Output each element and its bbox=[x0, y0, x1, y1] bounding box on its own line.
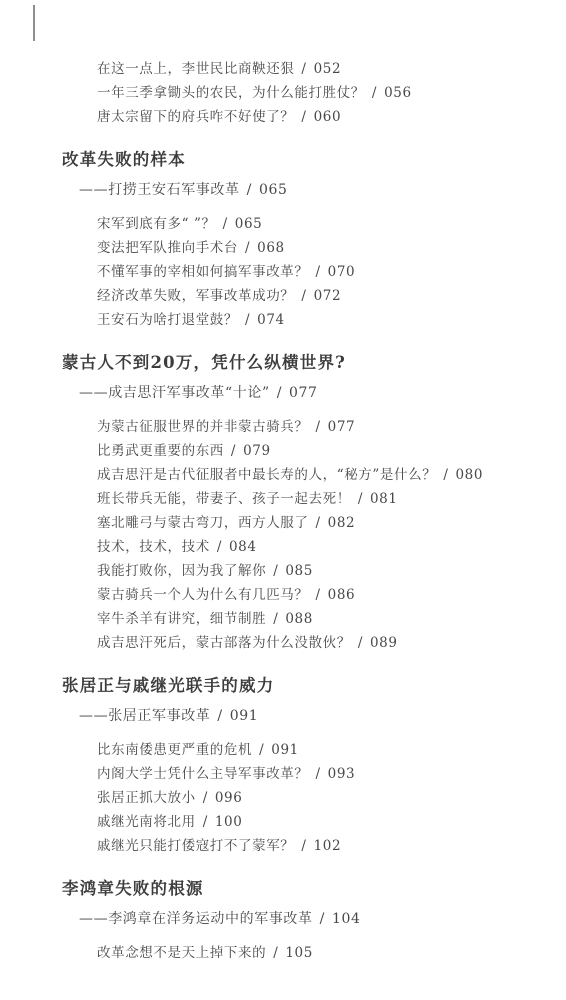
entry-separator: / bbox=[320, 911, 325, 927]
entry-page-number: 080 bbox=[455, 467, 483, 483]
entry-page-number: 082 bbox=[328, 515, 356, 531]
entry-separator: / bbox=[443, 467, 448, 483]
toc-entry: 在这一点上，李世民比商鞅还狠/052 bbox=[0, 57, 566, 81]
entry-page-number: 086 bbox=[328, 587, 356, 603]
section-entries: 改革念想不是天上掉下来的/105 bbox=[0, 941, 566, 965]
entry-separator: / bbox=[316, 587, 321, 603]
entry-title: 蒙古骑兵一个人为什么有几匹马？ bbox=[97, 587, 309, 603]
entry-separator: / bbox=[245, 240, 250, 256]
entry-page-number: 085 bbox=[285, 563, 313, 579]
section-entries: 比东南倭患更严重的危机/091内阁大学士凭什么主导军事改革？/093张居正抓大放… bbox=[0, 738, 566, 858]
entry-title: 成吉思汗是古代征服者中最长寿的人，“秘方”是什么？ bbox=[97, 467, 436, 483]
section-subtitle: ——张居正军事改革/091 bbox=[0, 704, 566, 728]
toc-entry: 不懂军事的宰相如何搞军事改革？/070 bbox=[0, 260, 566, 284]
entry-title: 不懂军事的宰相如何搞军事改革？ bbox=[97, 264, 309, 280]
scan-artifact-mark bbox=[33, 5, 35, 41]
entry-title: 改革念想不是天上掉下来的 bbox=[97, 945, 266, 961]
entry-page-number: 088 bbox=[285, 611, 313, 627]
entry-page-number: 077 bbox=[328, 419, 356, 435]
toc-entry: 一年三季拿锄头的农民，为什么能打胜仗？/056 bbox=[0, 81, 566, 105]
entry-page-number: 079 bbox=[243, 443, 271, 459]
entry-separator: / bbox=[273, 945, 278, 961]
entry-title: 为蒙古征服世界的并非蒙古骑兵？ bbox=[97, 419, 309, 435]
entry-title: 我能打败你，因为我了解你 bbox=[97, 563, 266, 579]
section-entries: 为蒙古征服世界的并非蒙古骑兵？/077比勇武更重要的东西/079成吉思汗是古代征… bbox=[0, 415, 566, 655]
section-title: 李鸿章失败的根源 bbox=[0, 878, 566, 900]
entry-title: 一年三季拿锄头的农民，为什么能打胜仗？ bbox=[97, 85, 365, 101]
entry-page-number: 070 bbox=[328, 264, 356, 280]
entry-separator: / bbox=[203, 814, 208, 830]
section-subtitle: ——打捞王安石军事改革/065 bbox=[0, 178, 566, 202]
entry-title: 塞北雕弓与蒙古弯刀，西方人服了 bbox=[97, 515, 309, 531]
toc-entry: 王安石为啥打退堂鼓？/074 bbox=[0, 308, 566, 332]
table-of-contents: 在这一点上，李世民比商鞅还狠/052一年三季拿锄头的农民，为什么能打胜仗？/05… bbox=[0, 0, 566, 965]
entry-separator: / bbox=[273, 563, 278, 579]
entry-separator: / bbox=[316, 264, 321, 280]
entry-page-number: 089 bbox=[370, 635, 398, 651]
entry-page-number: 102 bbox=[314, 838, 342, 854]
entry-title: 技术，技术，技术 bbox=[97, 539, 210, 555]
entry-page-number: 084 bbox=[229, 539, 257, 555]
entry-title: 宰牛杀羊有讲究，细节制胜 bbox=[97, 611, 266, 627]
entry-separator: / bbox=[277, 385, 282, 401]
toc-entry: 改革念想不是天上掉下来的/105 bbox=[0, 941, 566, 965]
toc-entry: 内阁大学士凭什么主导军事改革？/093 bbox=[0, 762, 566, 786]
subtitle-page-number: 104 bbox=[332, 911, 361, 927]
entry-page-number: 074 bbox=[257, 312, 285, 328]
entry-separator: / bbox=[358, 635, 363, 651]
entry-title: 班长带兵无能，带妻子、孩子一起去死！ bbox=[97, 491, 351, 507]
entry-title: 唐太宗留下的府兵咋不好使了？ bbox=[97, 109, 294, 125]
entry-separator: / bbox=[245, 312, 250, 328]
entry-page-number: 056 bbox=[384, 85, 412, 101]
entry-page-number: 091 bbox=[271, 742, 299, 758]
entry-title: 王安石为啥打退堂鼓？ bbox=[97, 312, 238, 328]
entry-page-number: 068 bbox=[257, 240, 285, 256]
section-entries: 宋军到底有多“ ”？/065变法把军队推向手术台/068不懂军事的宰相如何搞军事… bbox=[0, 212, 566, 332]
entry-separator: / bbox=[259, 742, 264, 758]
toc-entry: 宋军到底有多“ ”？/065 bbox=[0, 212, 566, 236]
entry-separator: / bbox=[301, 109, 306, 125]
entry-title: 宋军到底有多“ ”？ bbox=[97, 216, 216, 232]
entry-separator: / bbox=[247, 182, 252, 198]
section-title: 蒙古人不到20万，凭什么纵横世界? bbox=[0, 352, 566, 374]
entry-page-number: 105 bbox=[285, 945, 313, 961]
entry-page-number: 093 bbox=[328, 766, 356, 782]
entry-separator: / bbox=[358, 491, 363, 507]
toc-entry: 班长带兵无能，带妻子、孩子一起去死！/081 bbox=[0, 487, 566, 511]
entry-separator: / bbox=[217, 539, 222, 555]
entry-title: 成吉思汗死后，蒙古部落为什么没散伙？ bbox=[97, 635, 351, 651]
entry-title: 比勇武更重要的东西 bbox=[97, 443, 224, 459]
toc-entry: 戚继光南将北用/100 bbox=[0, 810, 566, 834]
toc-entry: 张居正抓大放小/096 bbox=[0, 786, 566, 810]
entry-page-number: 081 bbox=[370, 491, 398, 507]
entry-title: 经济改革失败，军事改革成功？ bbox=[97, 288, 294, 304]
toc-entry: 成吉思汗是古代征服者中最长寿的人，“秘方”是什么？/080 bbox=[0, 463, 566, 487]
entry-separator: / bbox=[203, 790, 208, 806]
entry-separator: / bbox=[301, 838, 306, 854]
toc-entry: 唐太宗留下的府兵咋不好使了？/060 bbox=[0, 105, 566, 129]
section-subtitle: ——成吉思汗军事改革“十论”/077 bbox=[0, 381, 566, 405]
subtitle-text: ——张居正军事改革 bbox=[79, 708, 210, 724]
entry-page-number: 072 bbox=[314, 288, 342, 304]
toc-entry: 技术，技术，技术/084 bbox=[0, 535, 566, 559]
entry-separator: / bbox=[301, 288, 306, 304]
entry-separator: / bbox=[231, 443, 236, 459]
entry-title: 戚继光只能打倭寇打不了蒙军？ bbox=[97, 838, 294, 854]
leading-entries: 在这一点上，李世民比商鞅还狠/052一年三季拿锄头的农民，为什么能打胜仗？/05… bbox=[0, 57, 566, 129]
toc-entry: 成吉思汗死后，蒙古部落为什么没散伙？/089 bbox=[0, 631, 566, 655]
toc-entry: 戚继光只能打倭寇打不了蒙军？/102 bbox=[0, 834, 566, 858]
entry-title: 在这一点上，李世民比商鞅还狠 bbox=[97, 61, 294, 77]
entry-title: 戚继光南将北用 bbox=[97, 814, 196, 830]
subtitle-text: ——成吉思汗军事改革“十论” bbox=[79, 385, 270, 401]
section-title: 改革失败的样本 bbox=[0, 149, 566, 171]
entry-title: 变法把军队推向手术台 bbox=[97, 240, 238, 256]
subtitle-text: ——李鸿章在洋务运动中的军事改革 bbox=[79, 911, 313, 927]
toc-section: 张居正与戚继光联手的威力——张居正军事改革/091比东南倭患更严重的危机/091… bbox=[0, 675, 566, 858]
entry-page-number: 100 bbox=[215, 814, 243, 830]
entry-separator: / bbox=[223, 216, 228, 232]
toc-section: 李鸿章失败的根源——李鸿章在洋务运动中的军事改革/104改革念想不是天上掉下来的… bbox=[0, 878, 566, 965]
toc-sections: 改革失败的样本——打捞王安石军事改革/065宋军到底有多“ ”？/065变法把军… bbox=[0, 149, 566, 965]
toc-entry: 塞北雕弓与蒙古弯刀，西方人服了/082 bbox=[0, 511, 566, 535]
entry-separator: / bbox=[316, 419, 321, 435]
toc-entry: 变法把军队推向手术台/068 bbox=[0, 236, 566, 260]
subtitle-page-number: 065 bbox=[259, 182, 288, 198]
toc-entry: 比勇武更重要的东西/079 bbox=[0, 439, 566, 463]
entry-page-number: 096 bbox=[215, 790, 243, 806]
toc-entry: 我能打败你，因为我了解你/085 bbox=[0, 559, 566, 583]
subtitle-page-number: 091 bbox=[230, 708, 259, 724]
toc-entry: 比东南倭患更严重的危机/091 bbox=[0, 738, 566, 762]
entry-separator: / bbox=[372, 85, 377, 101]
entry-separator: / bbox=[301, 61, 306, 77]
entry-separator: / bbox=[273, 611, 278, 627]
entry-page-number: 052 bbox=[314, 61, 342, 77]
toc-entry: 经济改革失败，军事改革成功？/072 bbox=[0, 284, 566, 308]
entry-page-number: 060 bbox=[314, 109, 342, 125]
section-subtitle: ——李鸿章在洋务运动中的军事改革/104 bbox=[0, 907, 566, 931]
entry-title: 内阁大学士凭什么主导军事改革？ bbox=[97, 766, 309, 782]
entry-separator: / bbox=[217, 708, 222, 724]
entry-separator: / bbox=[316, 766, 321, 782]
subtitle-page-number: 077 bbox=[289, 385, 318, 401]
toc-section: 改革失败的样本——打捞王安石军事改革/065宋军到底有多“ ”？/065变法把军… bbox=[0, 149, 566, 332]
toc-entry: 为蒙古征服世界的并非蒙古骑兵？/077 bbox=[0, 415, 566, 439]
entry-page-number: 065 bbox=[235, 216, 263, 232]
entry-separator: / bbox=[316, 515, 321, 531]
entry-title: 比东南倭患更严重的危机 bbox=[97, 742, 252, 758]
toc-entry: 蒙古骑兵一个人为什么有几匹马？/086 bbox=[0, 583, 566, 607]
section-title: 张居正与戚继光联手的威力 bbox=[0, 675, 566, 697]
toc-section: 蒙古人不到20万，凭什么纵横世界?——成吉思汗军事改革“十论”/077为蒙古征服… bbox=[0, 352, 566, 655]
entry-title: 张居正抓大放小 bbox=[97, 790, 196, 806]
subtitle-text: ——打捞王安石军事改革 bbox=[79, 182, 240, 198]
toc-entry: 宰牛杀羊有讲究，细节制胜/088 bbox=[0, 607, 566, 631]
